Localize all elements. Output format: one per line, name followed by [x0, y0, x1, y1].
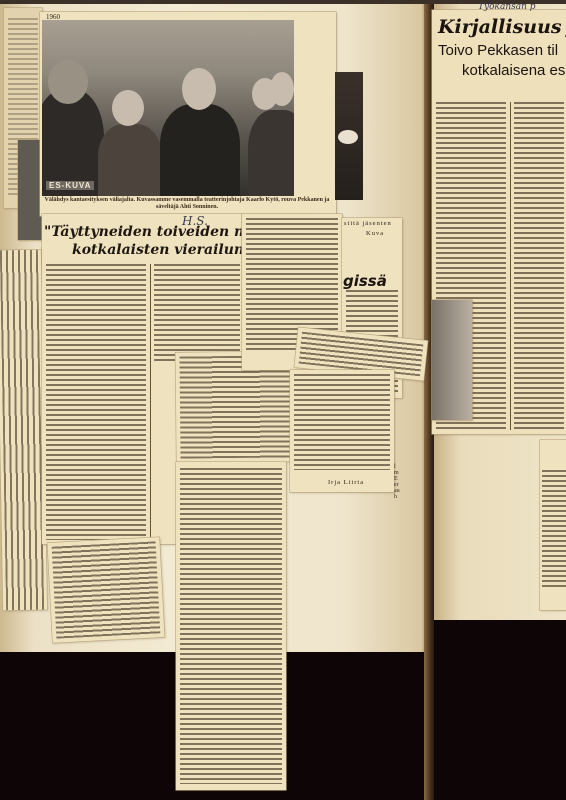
newspaper-photo: ES-KUVA — [42, 20, 294, 196]
right-lower-clipping — [540, 440, 566, 610]
right-headline-line1: Toivo Pekkasen til — [438, 42, 558, 59]
photo-caption: Välähdys kantaesityksen väliajalta. Kuva… — [42, 197, 332, 211]
handwritten-source: Työkansan p — [478, 2, 536, 12]
rotated-text-lines — [0, 250, 44, 611]
right-headline-line2: kotkalaisena esi — [462, 62, 566, 79]
article-column-2 — [154, 264, 240, 364]
photo-credit: ES-KUVA — [46, 181, 94, 190]
vertical-text-fragment: lmEerauh — [394, 464, 400, 500]
photo-credit-kuva: Kuva — [366, 230, 384, 237]
flower-decoration — [338, 130, 358, 144]
right-col-2 — [514, 102, 564, 430]
headline-line1: "Täyttyneiden toiveiden maa" — [44, 224, 242, 240]
article-right-column: Irja Liirta — [290, 370, 394, 492]
dark-background-right — [434, 620, 566, 800]
right-photo-fragment — [432, 300, 472, 420]
section-title: Kirjallisuus ja — [438, 16, 566, 38]
lower-left-clipping — [47, 537, 164, 643]
secondary-headline-fragment: gissä — [343, 272, 387, 290]
byline: Irja Liirta — [328, 479, 364, 486]
figure-women-right — [248, 110, 294, 196]
left-edge-photo-fragment — [18, 140, 42, 240]
figure-man-center — [160, 104, 240, 196]
headline-line2: kotkalaisten vierailuna — [72, 242, 242, 258]
bottom-center-clipping: Kotkan Kaupunginteatterin esitys Kaarlo … — [176, 462, 286, 790]
figure-woman — [98, 124, 162, 196]
rotated-text-clipping: Jaakko Pirsilä... näytelmän rakenteissa … — [0, 250, 47, 611]
article-column-1 — [46, 264, 146, 540]
